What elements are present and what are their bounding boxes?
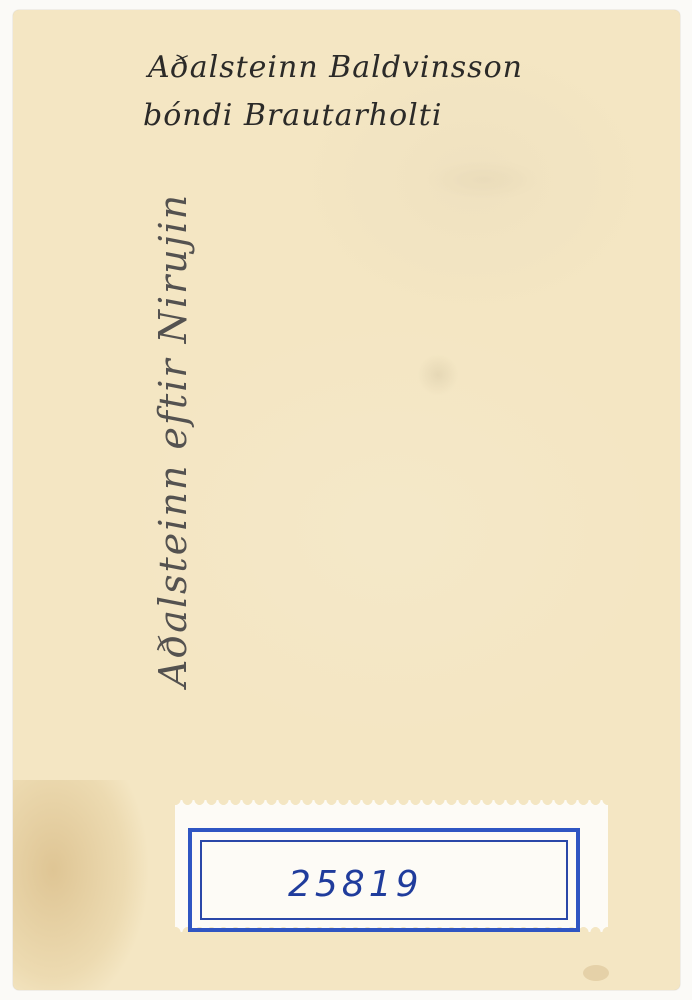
handwritten-name: Aðalsteinn Baldvinsson — [148, 50, 523, 85]
archive-number: 25819 — [288, 864, 423, 905]
handwritten-description: bóndi Brautarholti — [143, 98, 442, 133]
water-stain — [13, 780, 183, 990]
photo-card-back: Aðalsteinn Baldvinsson bóndi Brautarholt… — [13, 10, 680, 990]
archive-label-inner-border: 25819 — [200, 840, 568, 920]
handwritten-vertical-note: Aðalsteinn eftir Nirujin — [151, 193, 195, 687]
archive-label: 25819 — [188, 828, 580, 932]
small-stain — [583, 965, 609, 981]
